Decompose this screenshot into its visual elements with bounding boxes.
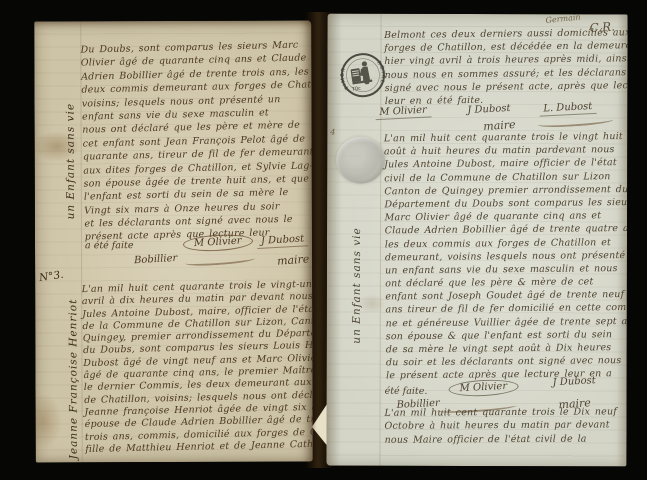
signature-jdubost-right-bottom: J Dubost	[548, 375, 600, 390]
right-act3-text: L'an mil huit cent quarante trois le Dix…	[384, 405, 617, 447]
manuscript-line: Octobre à huit heures du matin par devan…	[384, 419, 617, 434]
right-page: Germain C.R. Belmont ces deux derniers a…	[326, 14, 627, 467]
signature-flourish-left	[185, 254, 255, 267]
signature-flourish-right-top	[537, 116, 613, 129]
manuscript-line: nous Maire officier de l'état civil de l…	[385, 432, 618, 447]
left-act1-closing: a été faite	[85, 240, 133, 251]
margin-note-act2-left: Jeanne Françoise Henriot	[67, 297, 80, 459]
signature-bobillier-left: Bobillier	[130, 253, 182, 268]
timbre-royal-stamp: TIMBRE ROYAL 70c	[336, 49, 389, 102]
scanned-register-spread: un Enfant sans vie Du Doubs, sont compar…	[0, 0, 647, 480]
embossed-seal	[336, 137, 385, 184]
margin-note-act1-left: un Enfant sans vie	[64, 93, 76, 219]
manuscript-line: L'an mil huit cent quarante trois le Dix…	[384, 405, 617, 420]
signature-ldubost-right-top: L. Dubost	[539, 101, 597, 117]
act-number: N°3.	[38, 269, 64, 284]
margin-note-right: un Enfant sans vie	[351, 212, 363, 344]
right-act2-closing: été faite.	[385, 386, 428, 397]
manuscript-line: signé avec nous le présent acte, après q…	[385, 78, 628, 95]
maire-paraph-left: maire	[273, 252, 313, 269]
left-act1-text: Du Doubs, sont comparus les sieurs MarcO…	[80, 38, 312, 244]
signature-olivier-right-top: M Olivier	[375, 104, 431, 120]
left-page: un Enfant sans vie Du Doubs, sont compar…	[34, 21, 313, 463]
signature-jdubost-right-top: J Dubost	[463, 103, 515, 118]
right-act1-text: Belmont ces deux derniers aussi domicili…	[384, 25, 628, 108]
timbre-royal-stamp-graphic: TIMBRE ROYAL 70c	[336, 49, 389, 102]
right-act2-text: L'an mil huit cent quarante trois le vin…	[384, 130, 628, 383]
signature-dubost-left: J Dubost	[257, 233, 309, 249]
stamp-value: 70c	[351, 86, 361, 93]
left-act2-text: L'an mil huit cent quarante trois le vin…	[82, 278, 313, 457]
corner-annotation: Germain	[545, 14, 581, 25]
page-number: 4	[330, 128, 335, 137]
